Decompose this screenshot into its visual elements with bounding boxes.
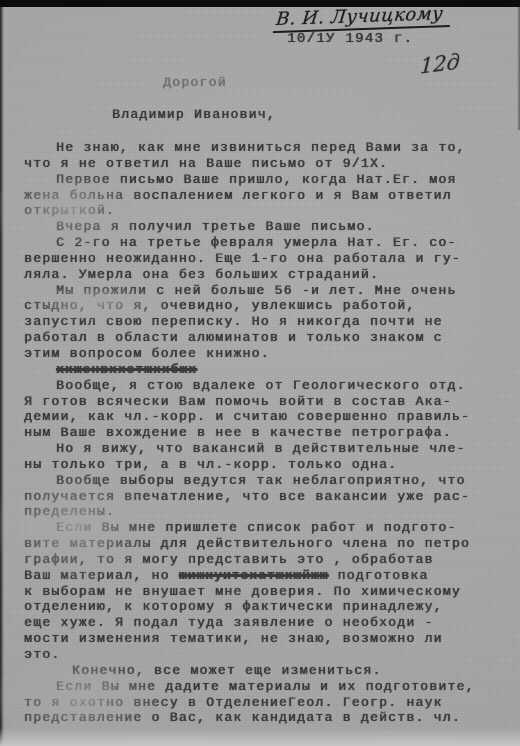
salutation-name: Владимир Иванович, (112, 107, 276, 122)
typed-line-struck: ххженвххетжххбжх (24, 362, 512, 378)
typed-line: отделению, к которому я фактически прина… (24, 599, 512, 615)
typed-line: работал в области алюминатов и только зн… (24, 330, 512, 346)
typed-line: получается впечатление, что все вакансии… (24, 489, 512, 505)
typed-line: запустил свою переписку. Но я никогда по… (24, 314, 512, 330)
typed-line: демии, как чл.-корр. и считаю совершенно… (24, 409, 512, 425)
typed-line: Первое письмо Ваше пришло, когда Нат.Ег.… (24, 172, 512, 188)
folio-number: 12д (420, 49, 461, 78)
typed-line: Ваш материал, но жижкуитехатжхжйжж подго… (24, 568, 512, 584)
typed-line: Мы прожили с ней больше 56 -и лет. Мне о… (24, 283, 512, 299)
typed-line: вершенно неожиданно. Еще 1-го она работа… (24, 251, 512, 267)
typed-line: представление о Вас, как кандидата в дей… (24, 710, 512, 726)
handwritten-recipient: В. И. Лучицкому (273, 3, 453, 33)
typed-text: подготовка (328, 568, 428, 583)
typed-line: жена больна воспалением легкого и я Вам … (24, 188, 512, 204)
typed-line: этим вопросом более книжно. (24, 346, 512, 362)
typed-text: Ваш материал, но (24, 568, 179, 583)
typed-line: Вообще, я стою вдалеке от Геологического… (24, 378, 512, 394)
typed-line: это. (24, 647, 512, 663)
typed-line: то я охотно внесу в ОтделениеГеол. Геогр… (24, 695, 512, 711)
typed-line: Вообще выборы ведутся так неблагоприятно… (24, 473, 512, 489)
typed-line: Если Вы мне пришлете список работ и подг… (24, 520, 512, 536)
typed-line: С 2-го на третье февраля умерла Нат. Ег.… (24, 235, 512, 251)
typed-line: мости изменения тематики, не знаю, возмо… (24, 631, 512, 647)
typed-line: Вчера я получил третье Ваше письмо. (24, 219, 512, 235)
salutation-word: Дорогой (163, 75, 227, 90)
overstruck-text: ххженвххетжххбжх (56, 362, 197, 377)
typed-line: Конечно, все может еще измениться. (24, 663, 512, 679)
typed-line: ны только три, а в чл.-корр. только одна… (24, 457, 512, 473)
typed-line: пределены. (24, 504, 512, 520)
typed-line: Я готов всячески Вам помочь войти в сост… (24, 394, 512, 410)
typed-line: Но я вижу, что вакансий в действительные… (24, 441, 512, 457)
scan-bottom-edge (0, 728, 520, 746)
typed-line: Не знаю, как мне извиниться перед Вами з… (24, 140, 512, 156)
typed-line: Если Вы мне дадите материалы и их подгот… (24, 679, 512, 695)
typed-line: графии, то я могу представить это , обра… (24, 552, 512, 568)
scan-left-border (0, 0, 4, 746)
typed-line: еще хуже. Я подал туда заявление о необх… (24, 615, 512, 631)
typed-line: что я не ответил на Ваше письмо от 9/1Х. (24, 156, 512, 172)
typed-date: 10/1У 1943 г. (287, 31, 413, 47)
typed-line: ным Ваше вхождение в нее в качестве петр… (24, 425, 512, 441)
scanned-letter-page: В. И. Лучицкому 10/1У 1943 г. 12д Дорого… (0, 0, 520, 746)
overstruck-text: жижкуитехатжхжйжж (179, 568, 329, 583)
typed-line: открыткой. (24, 203, 512, 219)
typed-line: вите материалы для действительного члена… (24, 536, 512, 552)
letter-body: Не знаю, как мне извиниться перед Вами з… (24, 140, 512, 726)
typed-line: ляла. Умерла она без больших страданий. (24, 267, 512, 283)
typed-line: стыдно, что я, очевидно, увлекшись работ… (24, 298, 512, 314)
typed-line: к выборам не внушает мне доверия. По хим… (24, 584, 512, 600)
